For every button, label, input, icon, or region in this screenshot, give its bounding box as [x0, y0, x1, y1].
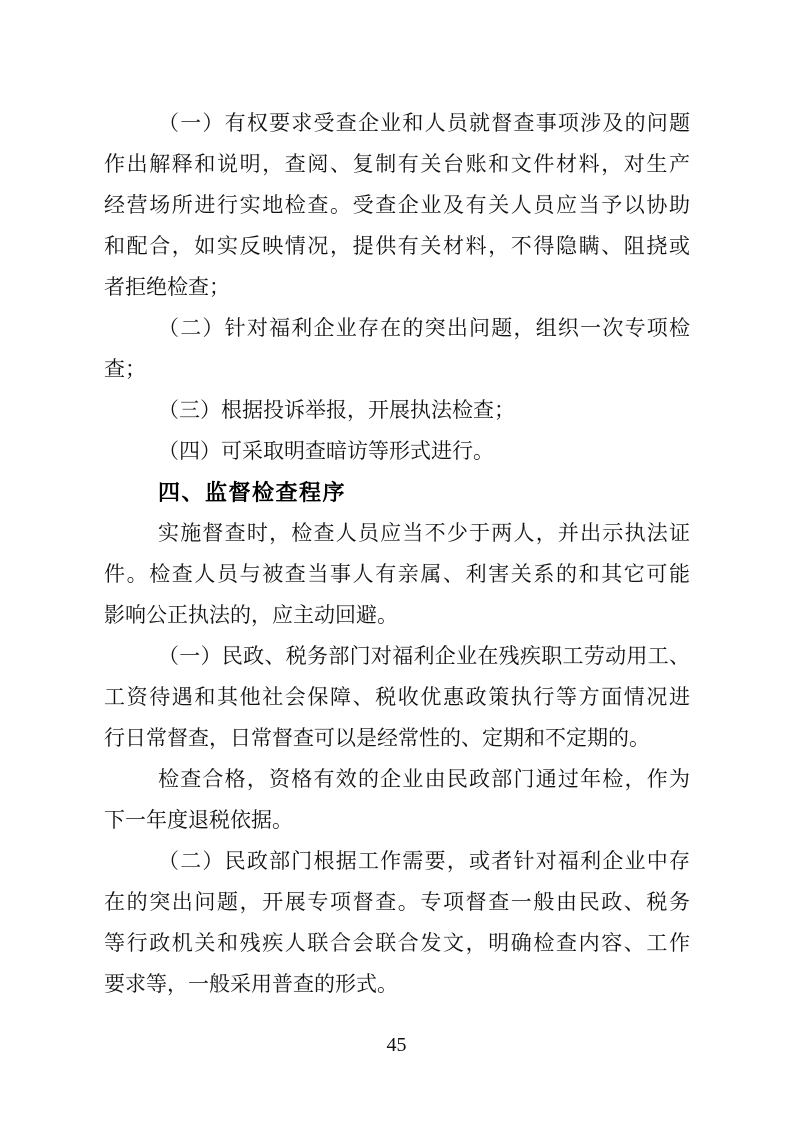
text-line: （一）有权要求受查企业和人员就督查事项涉及的问题 — [104, 103, 690, 144]
text-line: 查； — [104, 349, 690, 390]
paragraph: （二）针对福利企业存在的突出问题，组织一次专项检查； — [104, 308, 690, 390]
text-line: 要求等，一般采用普查的形式。 — [104, 964, 690, 1005]
document-page: （一）有权要求受查企业和人员就督查事项涉及的问题作出解释和说明，查阅、复制有关台… — [0, 0, 793, 1122]
paragraph: 实施督查时，检查人员应当不少于两人，并出示执法证件。检查人员与被查当事人有亲属、… — [104, 513, 690, 636]
text-line: （一）民政、税务部门对福利企业在残疾职工劳动用工、 — [104, 636, 690, 677]
text-line: 作出解释和说明，查阅、复制有关台账和文件材料，对生产 — [104, 144, 690, 185]
text-line: 行日常督查，日常督查可以是经常性的、定期和不定期的。 — [104, 718, 690, 759]
text-line: （三）根据投诉举报，开展执法检查； — [104, 390, 690, 431]
text-line: 四、监督检查程序 — [104, 472, 690, 513]
document-body: （一）有权要求受查企业和人员就督查事项涉及的问题作出解释和说明，查阅、复制有关台… — [104, 103, 690, 1005]
text-line: 工资待遇和其他社会保障、税收优惠政策执行等方面情况进 — [104, 677, 690, 718]
text-line: 在的突出问题，开展专项督查。专项督查一般由民政、税务 — [104, 882, 690, 923]
text-line: （二）民政部门根据工作需要，或者针对福利企业中存 — [104, 841, 690, 882]
text-line: 等行政机关和残疾人联合会联合发文，明确检查内容、工作 — [104, 923, 690, 964]
paragraph: 检查合格，资格有效的企业由民政部门通过年检，作为下一年度退税依据。 — [104, 759, 690, 841]
text-line: 件。检查人员与被查当事人有亲属、利害关系的和其它可能 — [104, 554, 690, 595]
paragraph: （四）可采取明查暗访等形式进行。 — [104, 431, 690, 472]
text-line: 实施督查时，检查人员应当不少于两人，并出示执法证 — [104, 513, 690, 554]
section-heading: 四、监督检查程序 — [104, 472, 690, 513]
paragraph: （二）民政部门根据工作需要，或者针对福利企业中存在的突出问题，开展专项督查。专项… — [104, 841, 690, 1005]
paragraph: （三）根据投诉举报，开展执法检查； — [104, 390, 690, 431]
text-line: （四）可采取明查暗访等形式进行。 — [104, 431, 690, 472]
text-line: 影响公正执法的，应主动回避。 — [104, 595, 690, 636]
text-line: 检查合格，资格有效的企业由民政部门通过年检，作为 — [104, 759, 690, 800]
text-line: 和配合，如实反映情况，提供有关材料，不得隐瞒、阻挠或 — [104, 226, 690, 267]
text-line: 者拒绝检查； — [104, 267, 690, 308]
paragraph: （一）有权要求受查企业和人员就督查事项涉及的问题作出解释和说明，查阅、复制有关台… — [104, 103, 690, 308]
page-number: 45 — [0, 1034, 793, 1057]
text-line: （二）针对福利企业存在的突出问题，组织一次专项检 — [104, 308, 690, 349]
text-line: 经营场所进行实地检查。受查企业及有关人员应当予以协助 — [104, 185, 690, 226]
text-line: 下一年度退税依据。 — [104, 800, 690, 841]
paragraph: （一）民政、税务部门对福利企业在残疾职工劳动用工、工资待遇和其他社会保障、税收优… — [104, 636, 690, 759]
